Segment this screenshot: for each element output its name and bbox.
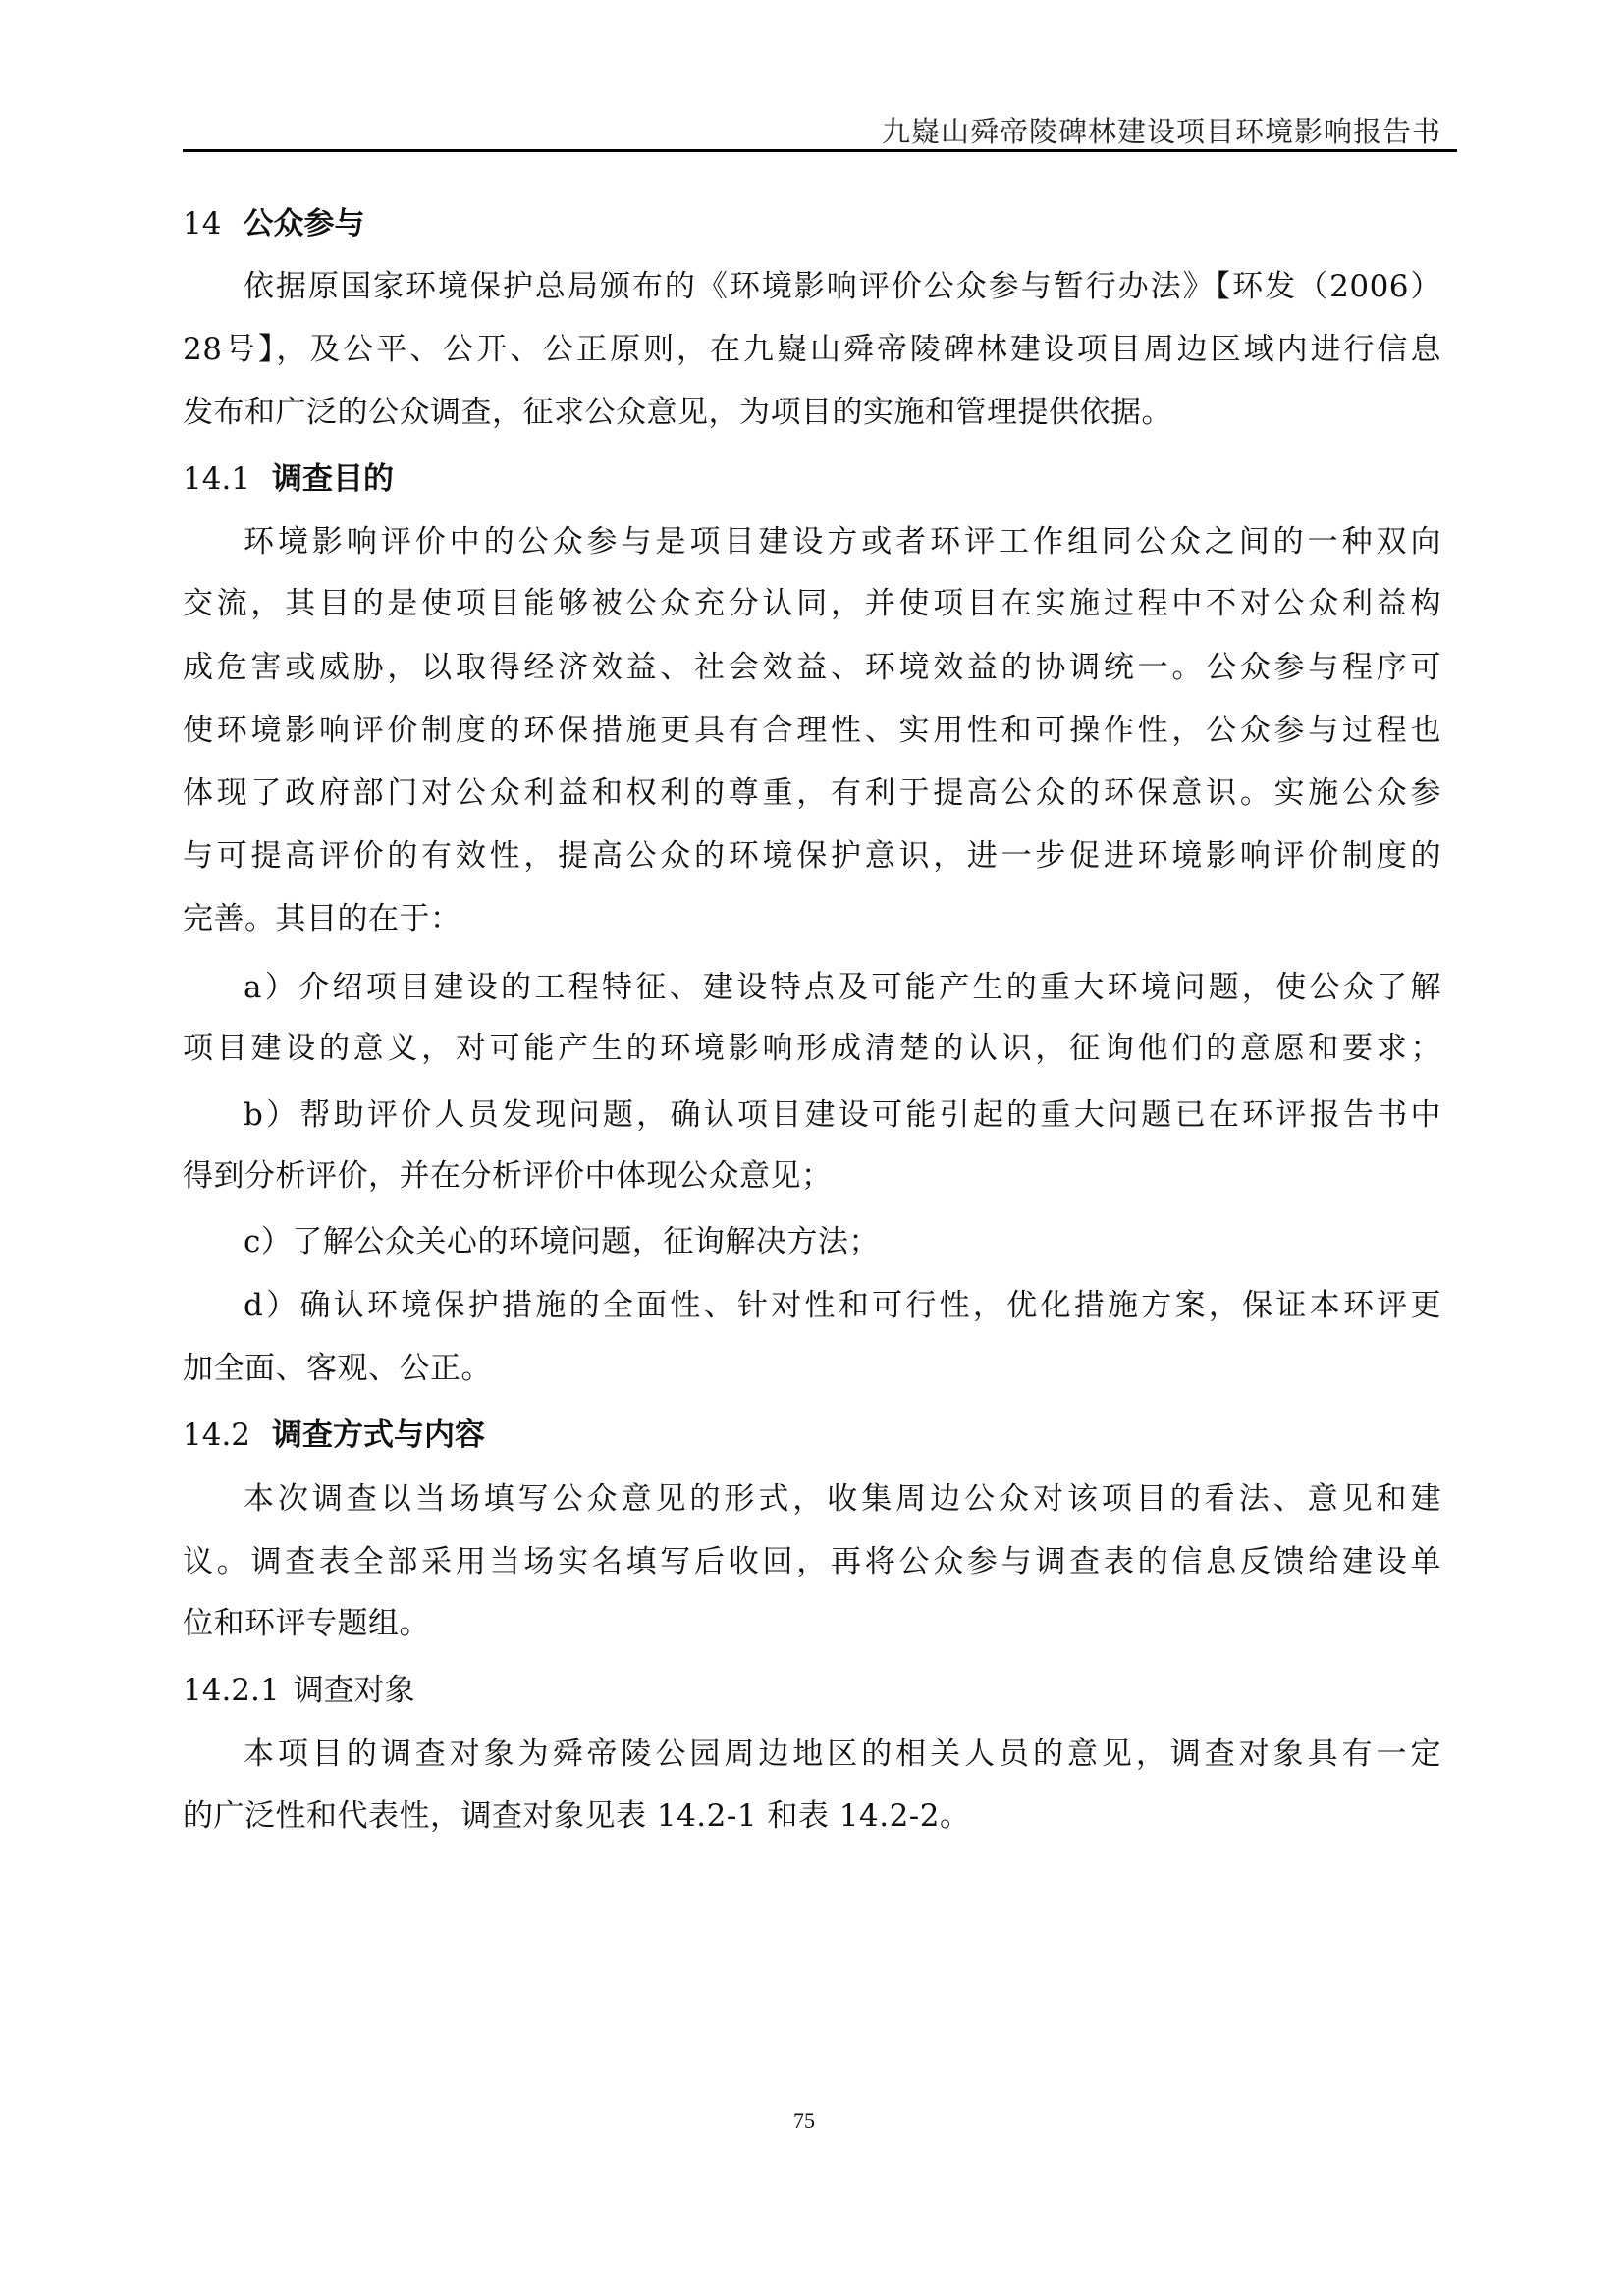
paragraph-line: 环境影响评价中的公众参与是项目建设方或者环评工作组同公众之间的一种双向	[244, 522, 1441, 561]
paragraph-line: 本项目的调查对象为舜帝陵公园周边地区的相关人员的意见，调查对象具有一定	[244, 1735, 1441, 1774]
header-rule	[183, 149, 1457, 152]
list-item-line: b）帮助评价人员发现问题，确认项目建设可能引起的重大问题已在环评报告书中	[244, 1095, 1441, 1135]
list-item-line: a）介绍项目建设的工程特征、建设特点及可能产生的重大环境问题，使公众了解	[244, 968, 1441, 1007]
paragraph-line: 与可提高评价的有效性，提高公众的环境保护意识，进一步促进环境影响评价制度的	[183, 836, 1441, 876]
list-item-line: 加全面、客观、公正。	[183, 1349, 1441, 1388]
list-item-line: 项目建设的意义，对可能产生的环境影响形成清楚的认识，征询他们的意愿和要求；	[183, 1029, 1441, 1068]
list-item-line: 得到分析评价，并在分析评价中体现公众意见；	[183, 1156, 1441, 1196]
section-heading-14: 14公众参与	[183, 204, 364, 243]
paragraph-line: 本次调查以当场填写公众意见的形式，收集周边公众对该项目的看法、意见和建	[244, 1479, 1441, 1519]
paragraph-line: 议。调查表全部采用当场实名填写后收回，再将公众参与调查表的信息反馈给建设单	[183, 1542, 1441, 1581]
paragraph-line: 的广泛性和代表性，调查对象见表 14.2-1 和表 14.2-2。	[183, 1796, 1441, 1836]
report-title: 九嶷山舜帝陵碑林建设项目环境影响报告书	[882, 110, 1441, 150]
paragraph-line: 发布和广泛的公众调查，征求公众意见，为项目的实施和管理提供依据。	[183, 393, 1441, 432]
list-item-line: c）了解公众关心的环境问题，征询解决方法；	[244, 1222, 1441, 1261]
section-heading-14-2-1: 14.2.1调查对象	[183, 1671, 415, 1710]
paragraph-line: 28号】，及公平、公开、公正原则，在九嶷山舜帝陵碑林建设项目周边区域内进行信息	[183, 330, 1441, 369]
paragraph-line: 使环境影响评价制度的环保措施更具有合理性、实用性和可操作性，公众参与过程也	[183, 711, 1441, 750]
paragraph-line: 交流，其目的是使项目能够被公众充分认同，并使项目在实施过程中不对公众利益构	[183, 584, 1441, 623]
page-number: 75	[793, 2109, 815, 2134]
section-heading-14-2: 14.2调查方式与内容	[183, 1415, 485, 1455]
paragraph-line: 体现了政府部门对公众利益和权利的尊重，有利于提高公众的环保意识。实施公众参	[183, 774, 1441, 813]
section-heading-14-1: 14.1调查目的	[183, 459, 394, 499]
paragraph-line: 成危害或威胁，以取得经济效益、社会效益、环境效益的协调统一。公众参与程序可	[183, 648, 1441, 687]
paragraph-line: 完善。其目的在于：	[183, 899, 1441, 938]
paragraph-line: 位和环评专题组。	[183, 1604, 1441, 1643]
paragraph-line: 依据原国家环境保护总局颁布的《环境影响评价公众参与暂行办法》【环发（2006）	[244, 267, 1441, 306]
list-item-line: d）确认环境保护措施的全面性、针对性和可行性，优化措施方案，保证本环评更	[244, 1286, 1441, 1325]
